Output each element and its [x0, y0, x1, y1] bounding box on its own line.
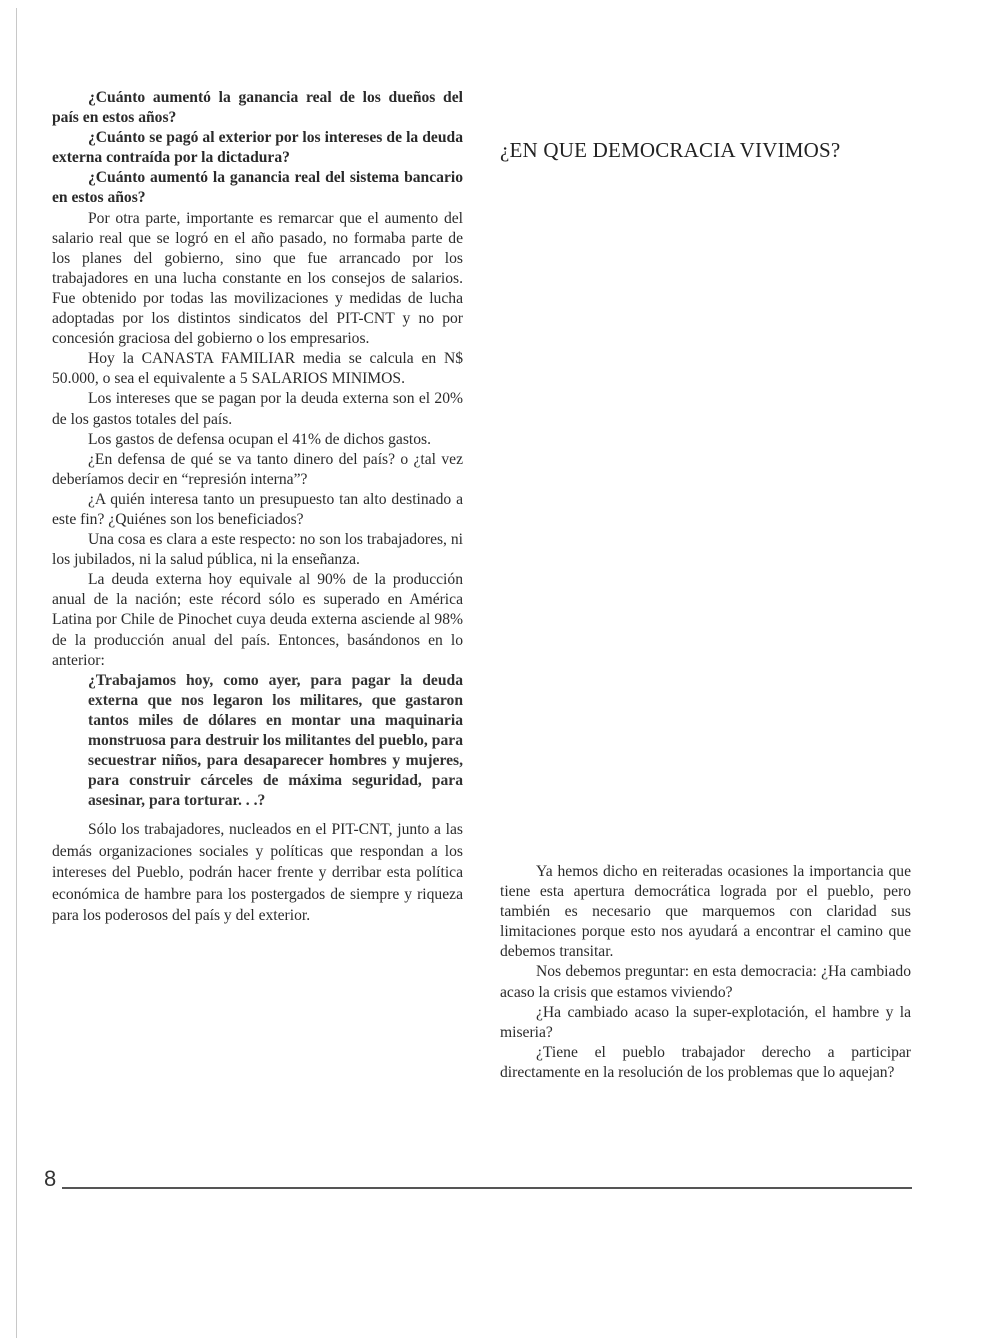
paragraph-real-salary: Por otra parte, importante es remarcar q… [52, 209, 463, 350]
paragraph-budget-question: ¿A quién interesa tanto un presupuesto t… [52, 490, 463, 530]
question-debt-interest: ¿Cuánto se pagó al exterior por los inte… [52, 128, 463, 168]
paragraph-defense-spending: Los gastos de defensa ocupan el 41% de d… [52, 430, 463, 450]
question-owners-profit: ¿Cuánto aumentó la ganancia real de los … [52, 88, 463, 128]
right-column: Ya hemos dicho en reiteradas ocasiones l… [500, 862, 911, 1083]
question-bank-profit: ¿Cuánto aumentó la ganancia real del sis… [52, 168, 463, 208]
page-number: 8 [44, 1166, 56, 1192]
paragraph-democratic-opening: Ya hemos dicho en reiteradas ocasiones l… [500, 862, 911, 962]
scan-margin-line [16, 8, 17, 1338]
paragraph-external-debt: La deuda externa hoy equivale al 90% de … [52, 570, 463, 670]
paragraph-exploitation-question: ¿Ha cambiado acaso la super-explotación,… [500, 1003, 911, 1043]
page-footer: 8 [44, 1166, 914, 1196]
paragraph-not-workers: Una cosa es clara a este respecto: no so… [52, 530, 463, 570]
paragraph-debt-interest-share: Los intereses que se pagan por la deuda … [52, 389, 463, 429]
paragraph-closing: Sólo los trabajadores, nucleados en el P… [52, 819, 463, 927]
left-column: ¿Cuánto aumentó la ganancia real de los … [52, 88, 463, 927]
paragraph-family-basket: Hoy la CANASTA FAMILIAR media se calcula… [52, 349, 463, 389]
bold-quote: ¿Trabajamos hoy, como ayer, para pagar l… [88, 671, 463, 812]
paragraph-defense-question: ¿En defensa de qué se va tanto dinero de… [52, 450, 463, 490]
paragraph-participation-question: ¿Tiene el pueblo trabajador derecho a pa… [500, 1043, 911, 1083]
footer-rule [62, 1187, 912, 1189]
section-title: ¿EN QUE DEMOCRACIA VIVIMOS? [500, 138, 840, 163]
paragraph-crisis-question: Nos debemos preguntar: en esta democraci… [500, 962, 911, 1002]
